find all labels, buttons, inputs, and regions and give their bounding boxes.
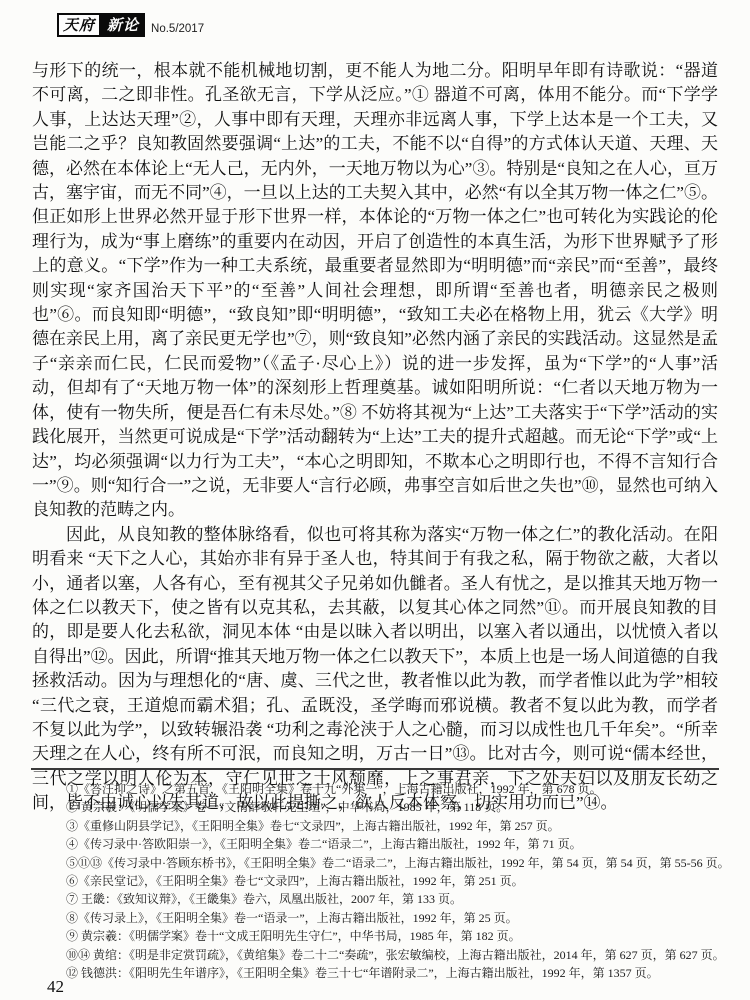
footnote-10-14: ⑩⑭ 黄绾：《明是非定赏罚疏》，《黄绾集》卷二十二“奏疏”，张宏敏编校，上海古籍… xyxy=(66,946,746,964)
issue-number: No.5/2017 xyxy=(151,23,204,37)
footnote-divider xyxy=(31,768,719,770)
footnote-7: ⑦ 王畿：《致知议辩》，《王畿集》卷六，凤凰出版社，2007 年，第 133 页… xyxy=(66,890,746,908)
footnote-8: ⑧《传习录上》，《王阳明全集》卷一“语录一”，上海古籍出版社，1992 年，第 … xyxy=(66,909,746,927)
body-paragraph-1: 与形下的统一，根本就不能机械地切割，更不能人为地二分。阳明早年即有诗歌说：“器道… xyxy=(32,59,718,523)
footnote-5-11-13: ⑤⑪⑬《传习录中·答顾东桥书》，《王阳明全集》卷二“语录二”，上海古籍出版社，1… xyxy=(66,854,746,872)
footnote-6: ⑥《亲民堂记》，《王阳明全集》卷七“文录四”，上海古籍出版社，1992 年，第 … xyxy=(66,872,746,890)
footnote-4: ④《传习录中·答欧阳崇一》，《王阳明全集》卷二“语录二”，上海古籍出版社，199… xyxy=(66,835,746,853)
body-paragraph-2: 因此，从良知教的整体脉络看，似也可将其称为落实“万物一体之仁”的教化活动。在阳明… xyxy=(32,523,718,816)
journal-logo-xinlun: 新论 xyxy=(101,13,145,37)
article-body: 与形下的统一，根本就不能机械地切割，更不能人为地二分。阳明早年即有诗歌说：“器道… xyxy=(32,59,718,816)
journal-page: 天府 新论 No.5/2017 与形下的统一，根本就不能机械地切割，更不能人为地… xyxy=(0,0,750,1000)
footnote-2: ② 黄宗羲：《明儒学案》卷一“文清薛敬轩先生瑄”，中华书局，1985 年，第 1… xyxy=(66,798,746,816)
journal-logo: 天府 新论 xyxy=(57,13,145,37)
footnote-12: ⑫ 钱德洪：《阳明先生年谱序》，《王阳明全集》卷三十七“年谱附录二”，上海古籍出… xyxy=(66,964,746,982)
journal-header: 天府 新论 No.5/2017 xyxy=(57,13,204,37)
page-number: 42 xyxy=(47,977,64,997)
journal-logo-tianfu: 天府 xyxy=(57,13,101,37)
footnote-3: ③《重修山阴县学记》，《王阳明全集》卷七“文录四”，上海古籍出版社，1992 年… xyxy=(66,817,746,835)
footnotes-section: ①《答汪抑之诗》之第五首，《王阳明全集》卷十九“外集一”，上海古籍出版社，199… xyxy=(66,780,746,982)
footnote-1: ①《答汪抑之诗》之第五首，《王阳明全集》卷十九“外集一”，上海古籍出版社，199… xyxy=(66,780,746,798)
footnote-9: ⑨ 黄宗羲：《明儒学案》卷十“文成王阳明先生守仁”，中华书局，1985 年，第 … xyxy=(66,927,746,945)
